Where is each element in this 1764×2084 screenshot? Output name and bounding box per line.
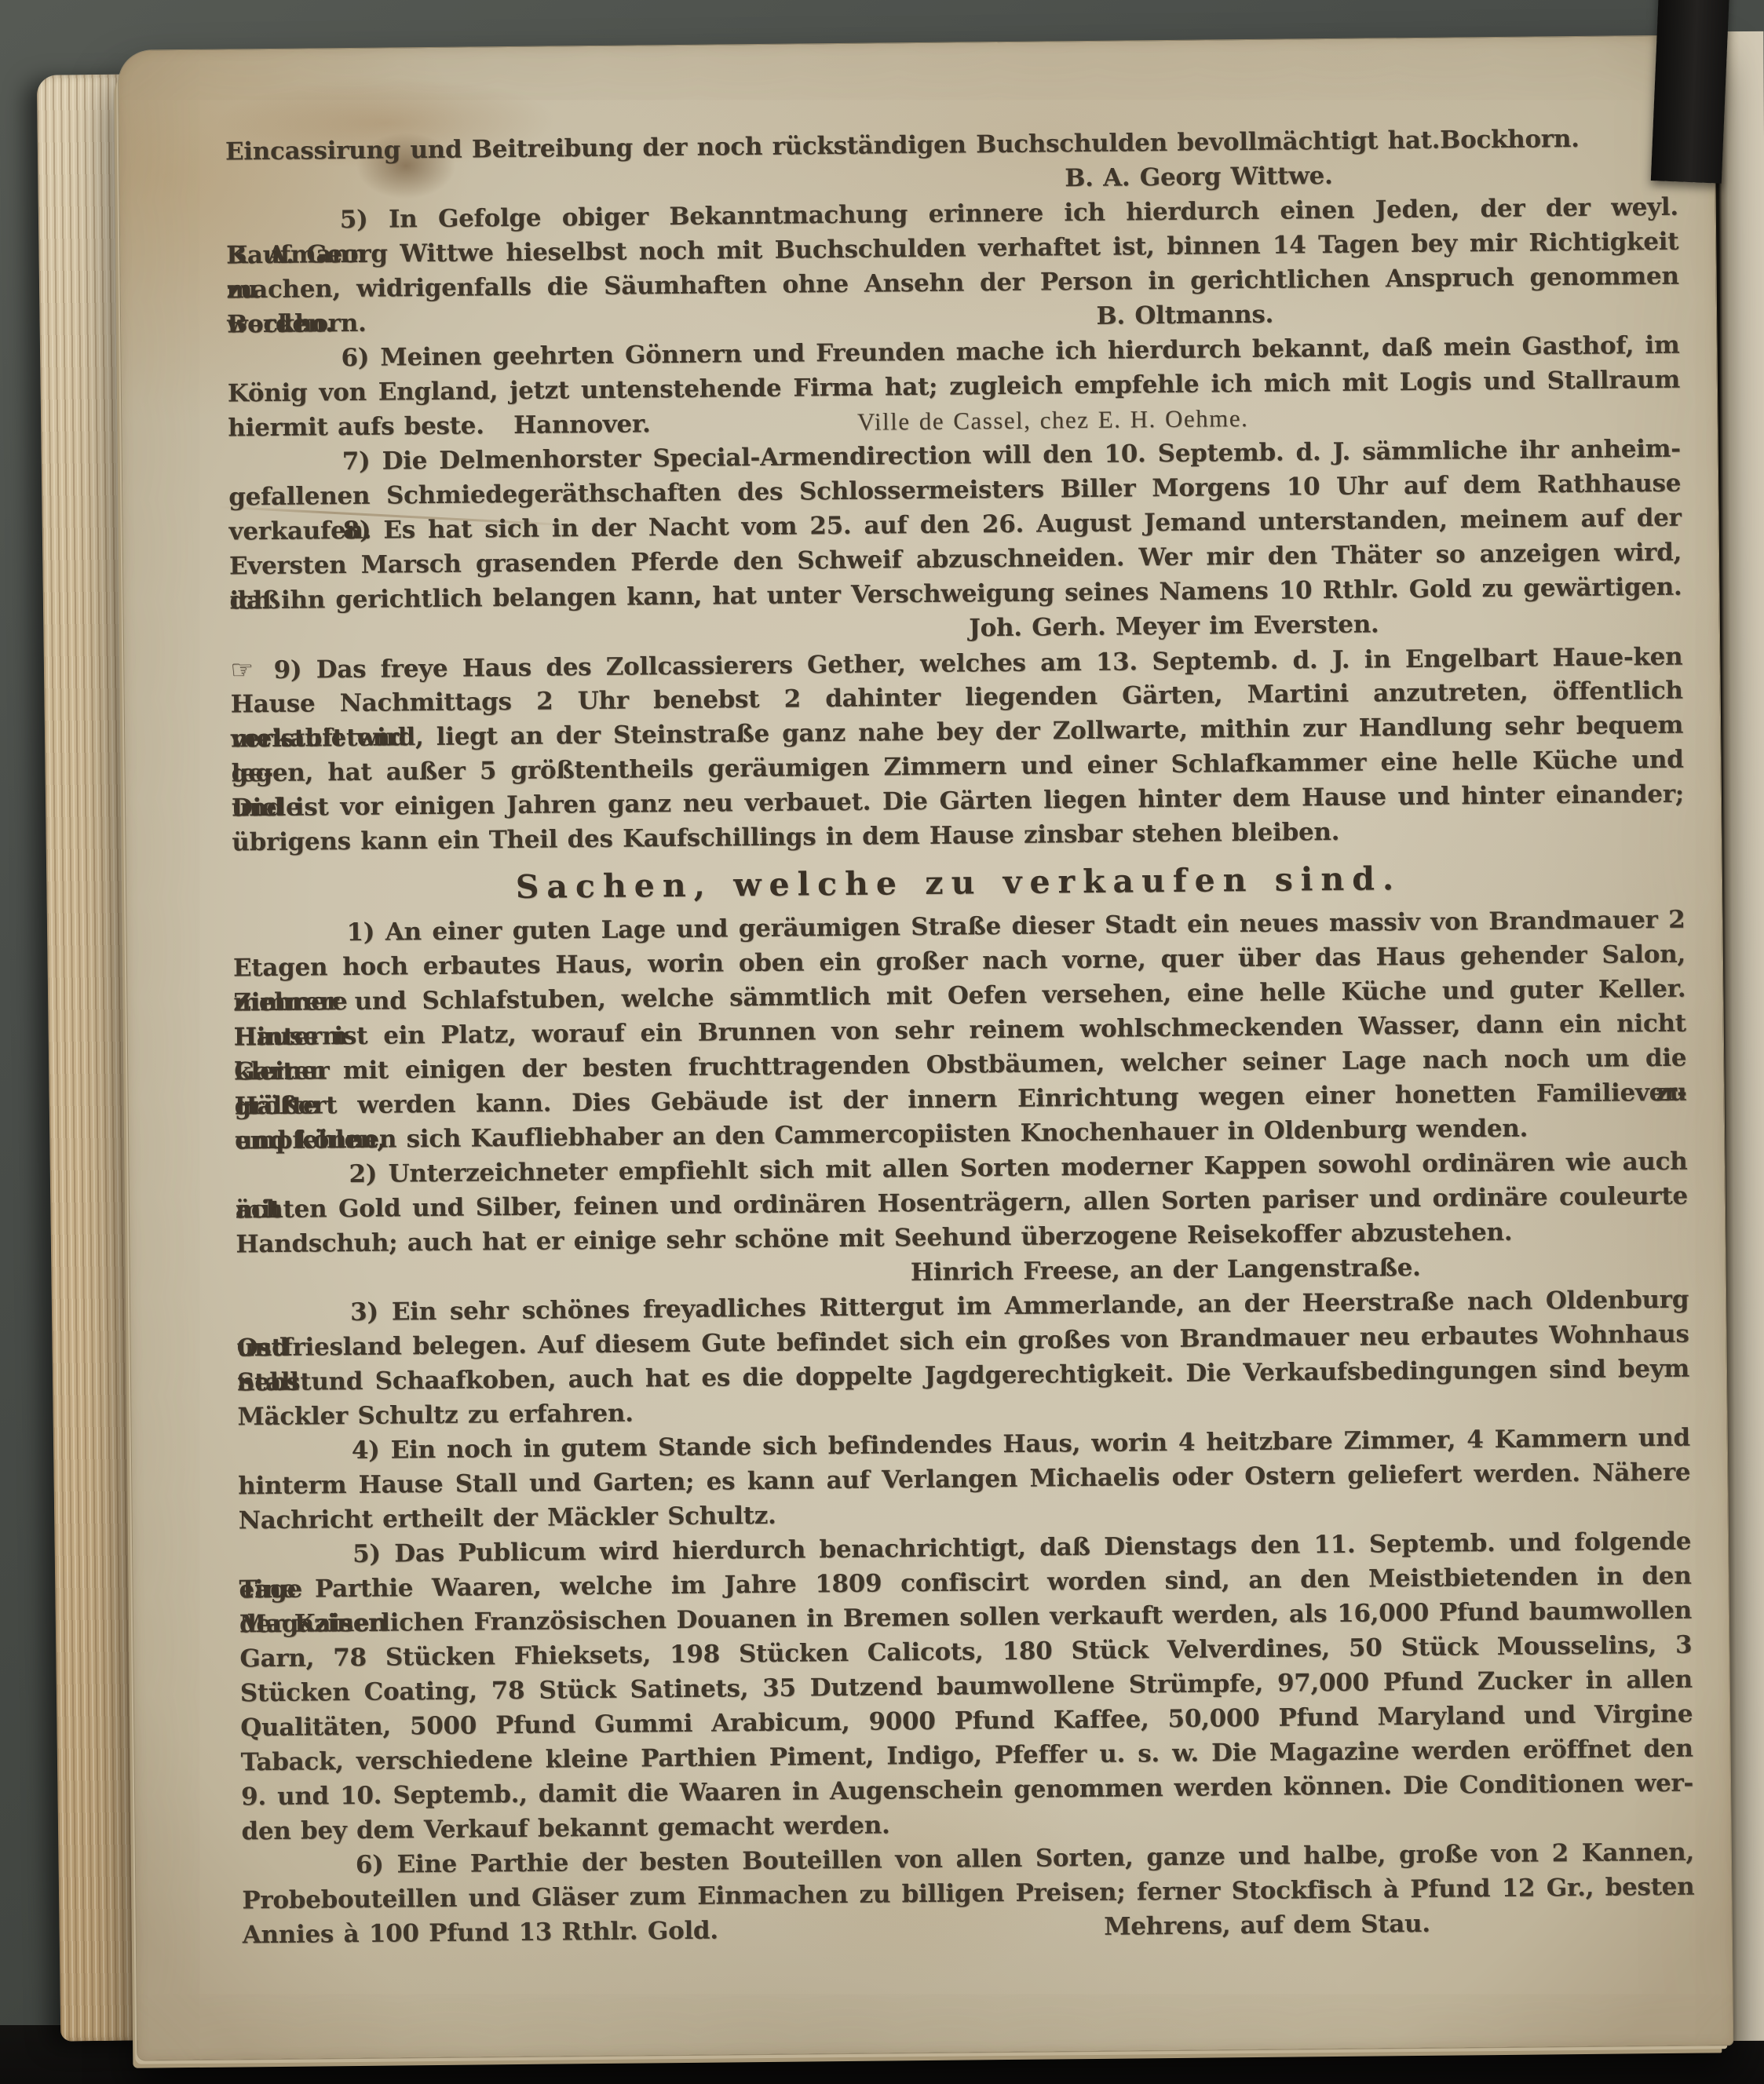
book-page: Eincassirung und Beitreibung der noch rü… <box>119 35 1733 2060</box>
page-text-block: Eincassirung und Beitreibung der noch rü… <box>225 121 1695 1953</box>
bookmark-ribbon <box>1651 0 1729 184</box>
manicule-icon: ☞ <box>230 654 254 684</box>
line-left-text: Annies à 100 Pfund 13 Rthlr. Gold. <box>243 1914 718 1953</box>
line-left-text: hiermit aufs beste. Hannover. <box>228 407 651 445</box>
antiqua-name-text: Ville de Cassel, chez E. H. Oehme. <box>857 401 1249 440</box>
line-left-text: Bockhorn. <box>227 306 367 342</box>
book-photo: Eincassirung und Beitreibung der noch rü… <box>0 0 1764 2084</box>
signature-text: Mehrens, auf dem Stau. <box>1104 1907 1430 1944</box>
signature-text: B. Oltmanns. <box>1096 297 1273 334</box>
signature-text: Bockhorn. <box>1440 122 1580 158</box>
